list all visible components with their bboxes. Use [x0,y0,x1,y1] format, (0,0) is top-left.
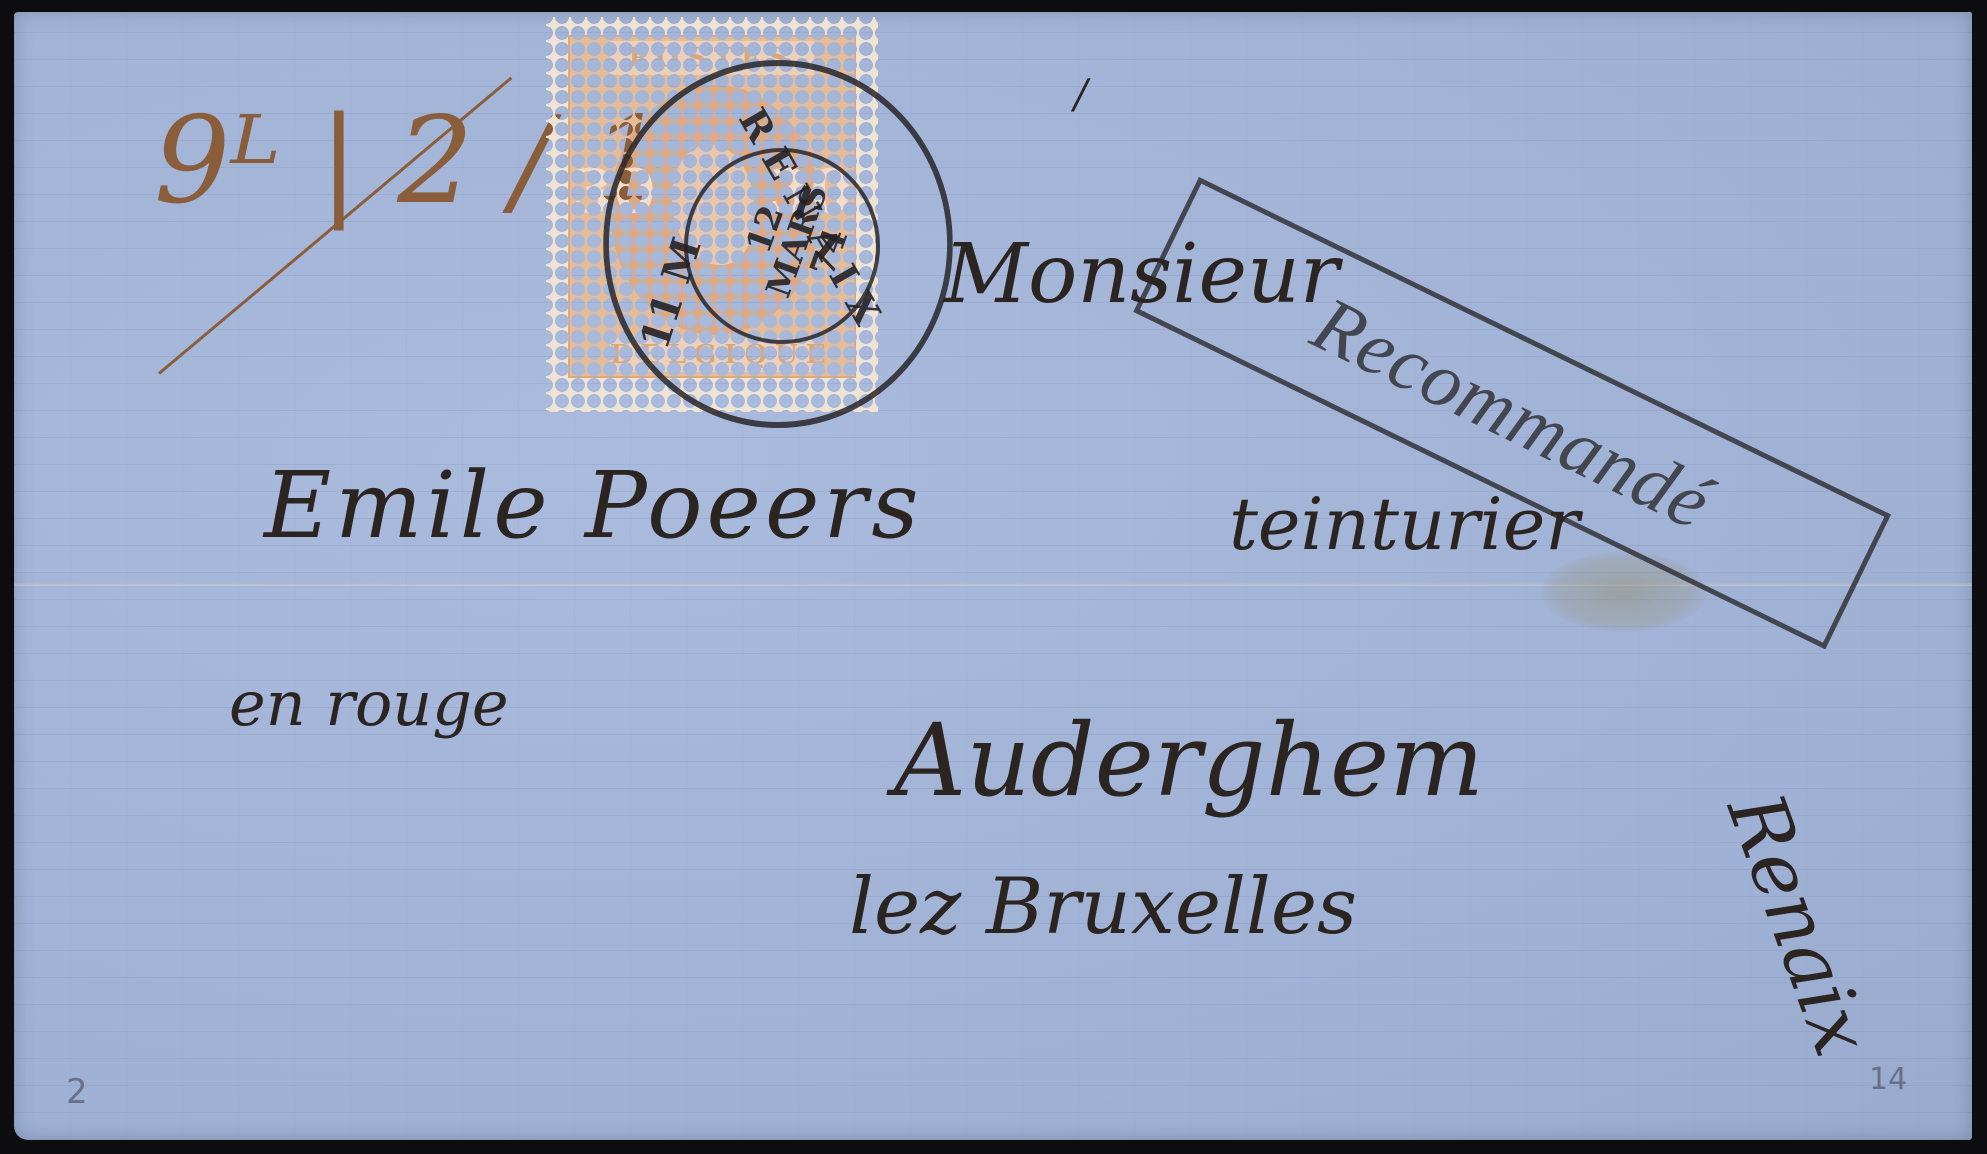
addressee-trade: teinturier [1229,482,1580,566]
addressee-name: Emile Poeers [264,452,923,559]
salutation: Monsieur [944,227,1339,322]
pencil-mark-bottom-left: 2 [66,1072,88,1112]
destination-city: lez Bruxelles [849,862,1357,952]
destination-town: Auderghem [894,702,1484,819]
postal-cover: 9ᴸ | 2 / 1 / POSTES 30 30 BELGIQUE RENAI… [14,12,1972,1140]
top-ink-mark: / [1074,72,1087,118]
side-signature: Renaix [1709,782,1886,1067]
pencil-mark-bottom-right: 14 [1869,1062,1907,1097]
postmark-cancel: RENAIX 12 MARS 74 11 M [594,60,962,428]
note-en-rouge: en rouge [229,667,509,740]
